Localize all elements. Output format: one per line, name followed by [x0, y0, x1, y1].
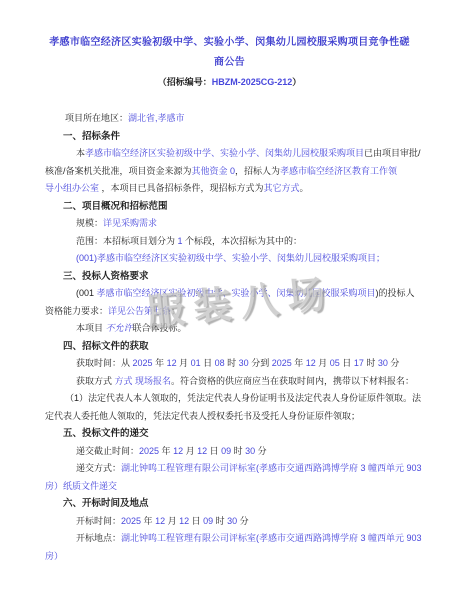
text-segment: 孝感市临空经济区实验初级中学、实验小学、闵集幼儿园校服采购项目竞争性磋: [49, 37, 410, 48]
text-segment: 分: [388, 358, 400, 368]
text-segment: 本: [76, 148, 85, 158]
section-heading-6: 六、开标时间及地点: [45, 495, 414, 513]
text-segment: 其它方式: [264, 183, 300, 193]
doc-line: （1）法定代表人本人领取的，凭法定代表人身份证明书及法定代表人身份证原件领取。法: [45, 390, 414, 408]
text-segment: 年: [159, 446, 173, 456]
text-segment: 四、招标文件的获取: [63, 341, 149, 352]
text-segment: 方式 现场报名: [115, 376, 172, 386]
text-segment: 17: [354, 358, 364, 368]
doc-line: 资格能力要求：详见公告第七条；: [45, 303, 414, 321]
text-segment: 孝感市临空经济区实验初级中学、实验小学、闵集幼儿园校服采购项目: [97, 288, 376, 298]
text-segment: 房）纸质文件递交: [45, 481, 117, 491]
text-segment: 。符合资格的供应商应当在获取时间内，携带以下材料报名：: [171, 376, 414, 386]
doc-line: 房）: [45, 548, 414, 566]
text-segment: 获取时间：: [76, 358, 121, 368]
text-segment: 。: [300, 183, 309, 193]
text-segment: 年: [292, 358, 306, 368]
section-heading-1: 一、招标条件: [45, 128, 414, 146]
spacer: [45, 91, 414, 110]
text-segment: 年: [153, 358, 167, 368]
text-segment: 30: [227, 516, 237, 526]
doc-line: 定代表人委托他人领取的，凭法定代表人授权委托书及受托人身份证原件领取；: [45, 408, 414, 426]
bid-number-line: （招标编号：HBZM-2025CG-212）: [45, 73, 414, 91]
text-segment: 日: [201, 358, 215, 368]
text-segment: 时: [364, 358, 378, 368]
text-segment: 2025: [133, 358, 153, 368]
scale-line: 规模：详见采购需求: [45, 215, 414, 233]
text-segment: 湖北钟鸣工程管理有限公司评标室(孝感市交通西路鸿博学府 3 幢西单元 903: [121, 533, 422, 543]
text-segment: （1）法定代表人本人领取的，凭法定代表人身份证明书及法定代表人身份证原件领取。法: [65, 393, 421, 403]
text-segment: 从: [121, 358, 133, 368]
text-segment: 月: [183, 446, 197, 456]
text-segment: 范围：本招标项目划分为: [76, 236, 178, 246]
obtain-time-line: 获取时间：从 2025 年 12 月 01 日 08 时 30 分到 2025 …: [45, 355, 414, 373]
text-segment: 月: [177, 358, 191, 368]
submit-deadline-line: 递交截止时间：2025 年 12 月 12 日 09 时 30 分: [45, 443, 414, 461]
text-segment: 2025: [139, 446, 159, 456]
section-heading-3: 三、投标人资格要求: [45, 268, 414, 286]
text-segment: 12: [306, 358, 316, 368]
text-segment: )的投标人: [376, 288, 415, 298]
doc-line: (001 孝感市临空经济区实验初级中学、实验小学、闵集幼儿园校服采购项目)的投标…: [45, 285, 414, 303]
text-segment: 联合体投标。: [133, 323, 187, 333]
text-segment: 30: [239, 358, 249, 368]
text-segment: 本项目: [76, 323, 106, 333]
text-segment: 个标段，本次招标为其中的：: [183, 236, 303, 246]
text-segment: 2025: [121, 516, 141, 526]
text-segment: 开标地点：: [76, 533, 121, 543]
text-segment: HBZM-2025CG-212: [212, 77, 293, 87]
text-segment: 其他资金 0: [192, 166, 236, 176]
text-segment: 不允许: [106, 323, 133, 333]
submit-method-line: 递交方式：湖北钟鸣工程管理有限公司评标室(孝感市交通西路鸿博学府 3 幢西单元 …: [45, 460, 414, 478]
text-segment: 01: [191, 358, 201, 368]
text-segment: 详见公告第七条: [108, 306, 171, 316]
open-time-line: 开标时间：2025 年 12 月 12 日 09 时 30 分: [45, 513, 414, 531]
text-segment: 资格能力要求：: [45, 306, 108, 316]
page-title-line-1: 孝感市临空经济区实验初级中学、实验小学、闵集幼儿园校服采购项目竞争性磋: [45, 33, 414, 53]
text-segment: 12: [173, 446, 183, 456]
doc-line: 本孝感市临空经济区实验初级中学、实验小学、闵集幼儿园校服采购项目已由项目审批/: [45, 145, 414, 163]
text-segment: 已由项目审批/: [364, 148, 421, 158]
text-segment: 六、开标时间及地点: [63, 498, 149, 509]
section-heading-4: 四、招标文件的获取: [45, 338, 414, 356]
text-segment: 30: [245, 446, 255, 456]
doc-line: (001)孝感市临空经济区实验初级中学、实验小学、闵集幼儿园校服采购项目；: [45, 250, 414, 268]
text-segment: 孝感市临空经济区实验初级中学、实验小学、闵集幼儿园校服采购项目: [85, 148, 364, 158]
text-segment: 月: [316, 358, 330, 368]
text-segment: ，本项目已具备招标条件，现招标方式为: [99, 183, 264, 193]
text-segment: （招标编号：: [158, 77, 212, 87]
text-segment: ）: [292, 77, 301, 87]
text-segment: 12: [179, 516, 189, 526]
text-segment: 12: [155, 516, 165, 526]
text-segment: 湖北钟鸣工程管理有限公司评标室(孝感市交通西路鸿博学府 3 幢西单元 903: [121, 463, 422, 473]
text-segment: ，招标人为: [235, 166, 280, 176]
section-heading-5: 五、投标文件的递交: [45, 425, 414, 443]
text-segment: 孝感市临空经济区教育工作领: [280, 166, 397, 176]
text-segment: ；: [171, 306, 180, 316]
text-segment: 五、投标文件的递交: [63, 428, 149, 439]
text-segment: 日: [340, 358, 354, 368]
text-segment: 日: [207, 446, 221, 456]
project-region-line: 项目所在地区：湖北省,孝感市: [45, 110, 414, 128]
text-segment: 核准/备案机关批准，项目资金来源为: [45, 166, 192, 176]
text-segment: 项目所在地区：: [65, 113, 128, 123]
text-segment: (001)孝感市临空经济区实验初级中学、实验小学、闵集幼儿园校服采购项目；: [76, 253, 385, 263]
text-segment: 湖北省,孝感市: [128, 113, 185, 123]
text-segment: 月: [165, 516, 179, 526]
text-segment: 递交截止时间：: [76, 446, 139, 456]
text-segment: 时: [231, 446, 245, 456]
text-segment: 房）: [45, 551, 63, 561]
text-segment: 12: [167, 358, 177, 368]
doc-line: 本项目 不允许联合体投标。: [45, 320, 414, 338]
text-segment: 2025: [272, 358, 292, 368]
text-segment: 09: [203, 516, 213, 526]
section-heading-2: 二、项目概况和招标范围: [45, 198, 414, 216]
text-segment: 分: [255, 446, 267, 456]
text-segment: (001: [76, 288, 97, 298]
text-segment: 09: [221, 446, 231, 456]
text-segment: 分到: [249, 358, 272, 368]
text-segment: 获取方式: [76, 376, 115, 386]
text-segment: 规模：: [76, 218, 103, 228]
text-segment: 时: [225, 358, 239, 368]
text-segment: 三、投标人资格要求: [63, 271, 149, 282]
document-body: 孝感市临空经济区实验初级中学、实验小学、闵集幼儿园校服采购项目竞争性磋商公告（招…: [0, 0, 450, 565]
text-segment: 分: [237, 516, 249, 526]
text-segment: 导小组办公室: [45, 183, 99, 193]
doc-line: 导小组办公室 ，本项目已具备招标条件，现招标方式为其它方式。: [45, 180, 414, 198]
text-segment: 商公告: [214, 57, 245, 68]
text-segment: 一、招标条件: [63, 131, 120, 142]
text-segment: 年: [141, 516, 155, 526]
text-segment: 05: [330, 358, 340, 368]
text-segment: 递交方式：: [76, 463, 121, 473]
doc-line: 核准/备案机关批准，项目资金来源为其他资金 0，招标人为孝感市临空经济区教育工作…: [45, 163, 414, 181]
text-segment: 二、项目概况和招标范围: [63, 201, 168, 212]
page-title-line-2: 商公告: [45, 53, 414, 73]
open-place-line: 开标地点：湖北钟鸣工程管理有限公司评标室(孝感市交通西路鸿博学府 3 幢西单元 …: [45, 530, 414, 548]
text-segment: 12: [197, 446, 207, 456]
text-segment: 开标时间：: [76, 516, 121, 526]
text-segment: 08: [215, 358, 225, 368]
doc-line: 房）纸质文件递交: [45, 478, 414, 496]
obtain-method-line: 获取方式 方式 现场报名。符合资格的供应商应当在获取时间内，携带以下材料报名：: [45, 373, 414, 391]
text-segment: 日: [189, 516, 203, 526]
document-page: 孝感市临空经济区实验初级中学、实验小学、闵集幼儿园校服采购项目竞争性磋商公告（招…: [0, 0, 450, 600]
text-segment: 详见采购需求: [103, 218, 157, 228]
text-segment: 时: [213, 516, 227, 526]
text-segment: 30: [378, 358, 388, 368]
text-segment: 定代表人委托他人领取的，凭法定代表人授权委托书及受托人身份证原件领取；: [45, 411, 360, 421]
scope-line: 范围：本招标项目划分为 1 个标段，本次招标为其中的：: [45, 233, 414, 251]
